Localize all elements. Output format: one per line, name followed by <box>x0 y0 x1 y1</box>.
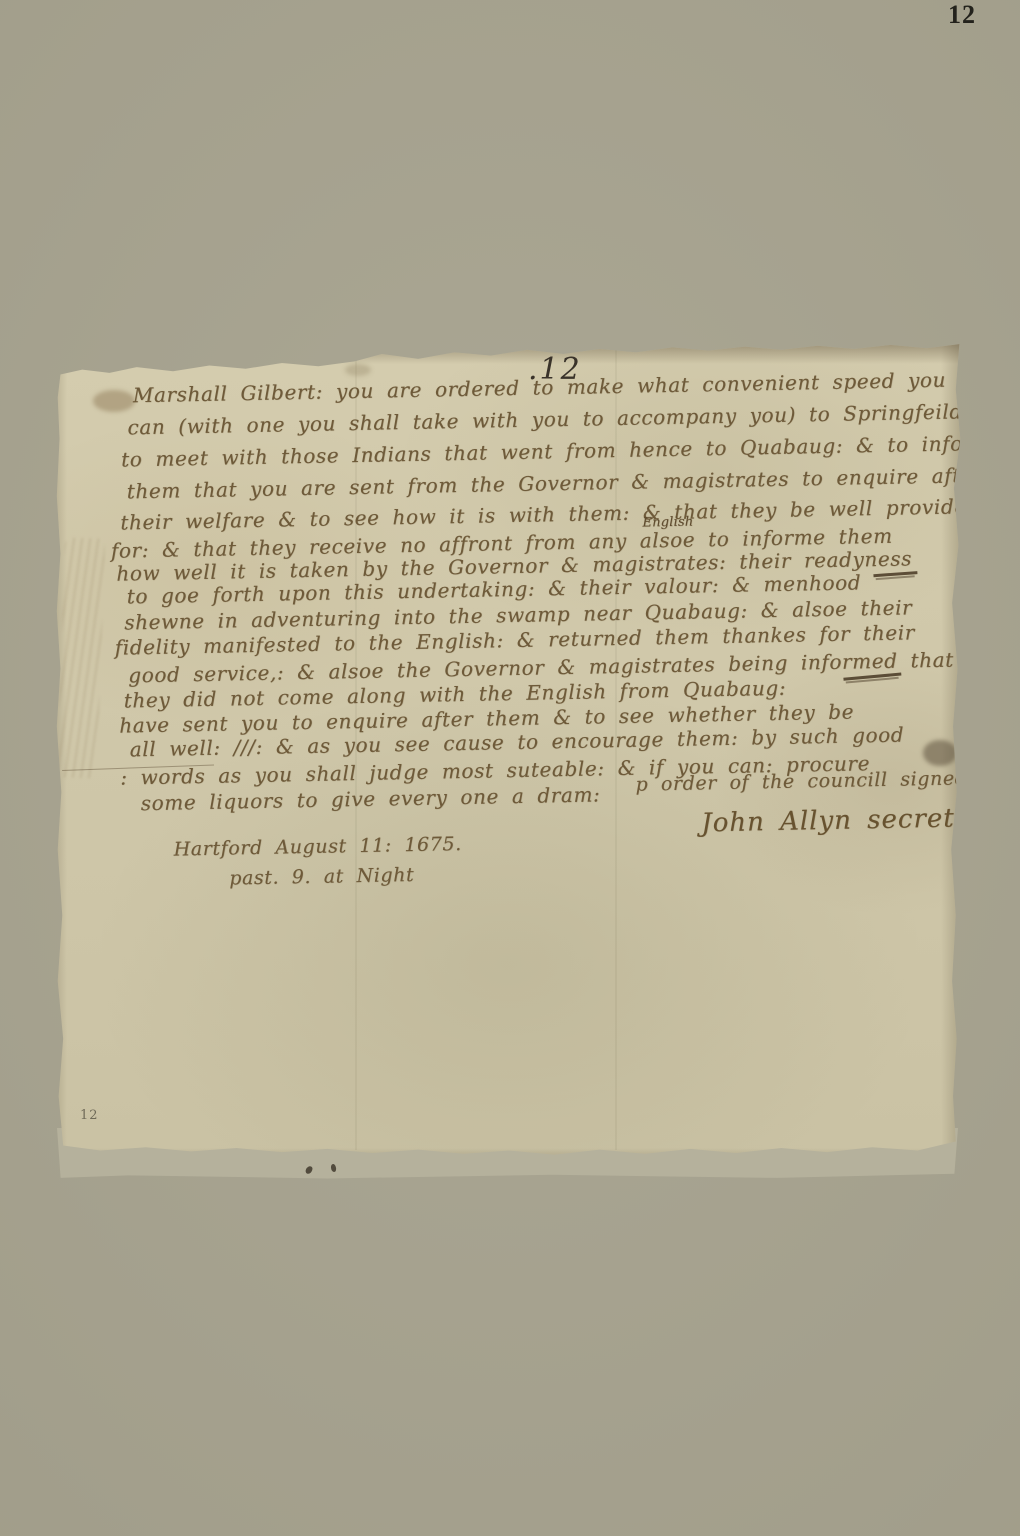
dateline: Hartford August 11: 1675. <box>173 833 462 861</box>
time-line: past. 9. at Night <box>229 864 414 890</box>
inserted-word: English <box>642 515 693 531</box>
printed-page-number: 12 <box>948 0 976 30</box>
pencil-page-number: 12 <box>80 1108 99 1123</box>
strikethrough-mark <box>873 571 917 579</box>
letter-body: Marshall Gilbert: you are ordered to mak… <box>54 323 978 1162</box>
album-page: 12 .12 Marshall Gilbert: you are ordered… <box>0 0 1020 1536</box>
manuscript-paper: .12 Marshall Gilbert: you are ordered to… <box>55 340 963 1162</box>
strikethrough-mark <box>843 673 901 683</box>
signature: John Allyn secrety <box>701 803 971 838</box>
